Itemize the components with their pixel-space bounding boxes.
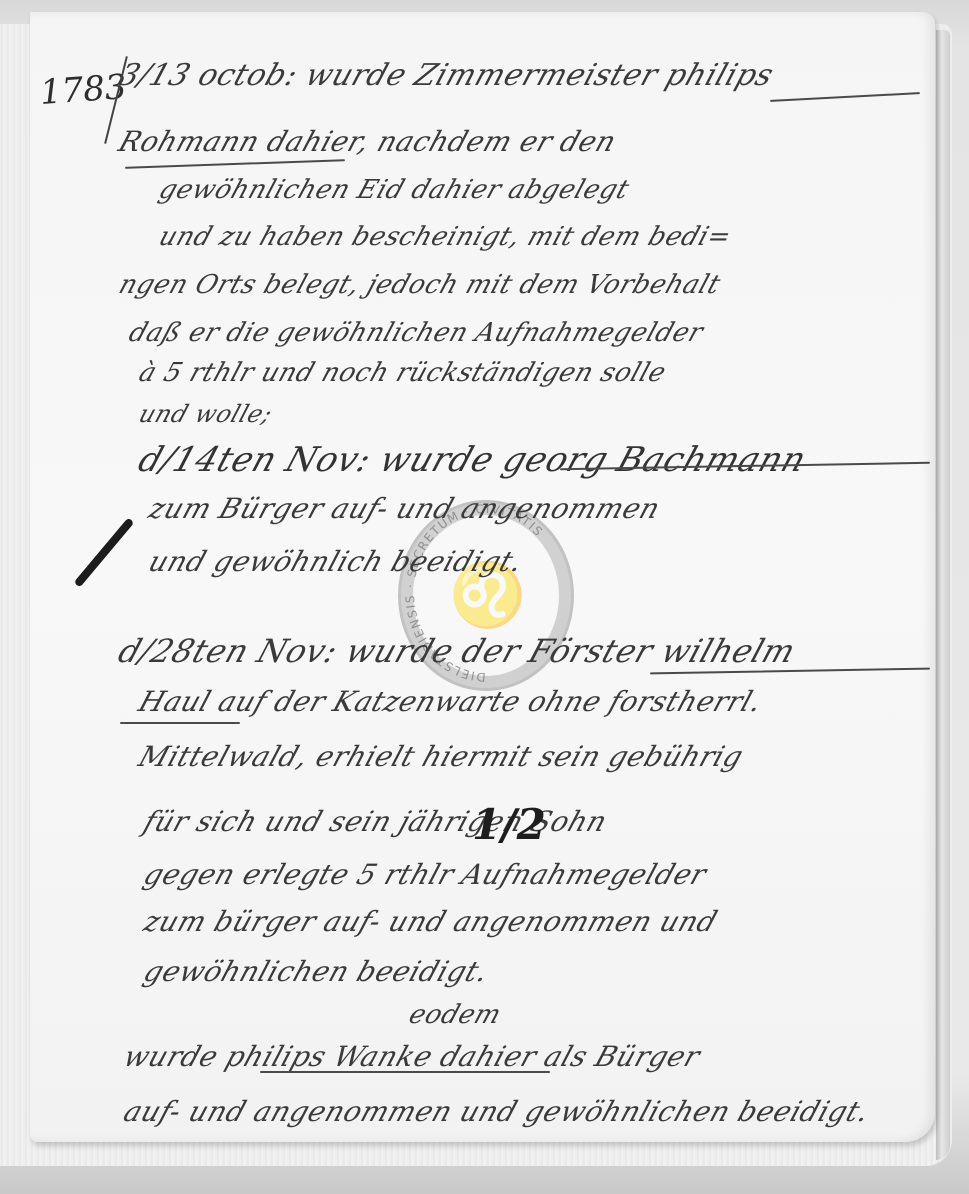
entry4-line1: wurde philips Wanke dahier als Bürger <box>120 1040 705 1073</box>
book-fore-edge <box>936 30 950 1160</box>
entry3-line6: zum bürger auf- und angenommen und <box>140 905 722 938</box>
underline-philips-wanke <box>260 1071 550 1073</box>
entry1-line5: ngen Orts belegt, jedoch mit dem Vorbeha… <box>115 270 724 300</box>
emphasized-fraction: 1/2 <box>472 800 546 849</box>
entry1-line8: und wolle; <box>135 400 276 428</box>
entry1-line1: 3/13 octob: wurde Zimmermeister philips <box>114 58 778 93</box>
entry2-line2: zum Bürger auf- und angenommen <box>145 492 665 525</box>
entry1-line7: à 5 rthlr und noch rückständigen solle <box>135 358 670 388</box>
entry3-line3: Mittelwald, erhielt hiermit sein gebühri… <box>135 740 748 773</box>
entry1-line2: Rohmann dahier, nachdem er den <box>115 125 621 158</box>
underline-haul <box>120 722 240 724</box>
entry3-line7: gewöhnlichen beeidigt. <box>140 955 493 988</box>
entry2-line1: d/14ten Nov: wurde georg Bachmann <box>134 440 812 480</box>
entry3-line2: Haul auf der Katzenwarte ohne forstherrl… <box>135 685 767 718</box>
entry2-line3: und gewöhnlich beeidigt. <box>145 545 528 578</box>
entry4-eodem: eodem <box>405 1000 505 1030</box>
entry1-line6: daß er die gewöhnlichen Aufnahmegelder <box>125 318 707 348</box>
entry1-line4: und zu haben bescheinigt, mit dem bedi= <box>155 222 735 252</box>
entry4-line2: auf- und angenommen und gewöhnlichen bee… <box>120 1095 874 1128</box>
entry1-line3: gewöhnlichen Eid dahier abgelegt <box>155 175 633 205</box>
entry3-line1: d/28ten Nov: wurde der Förster wilhelm <box>114 632 801 670</box>
entry3-line5: gegen erlegte 5 rthlr Aufnahmegelder <box>140 858 711 891</box>
